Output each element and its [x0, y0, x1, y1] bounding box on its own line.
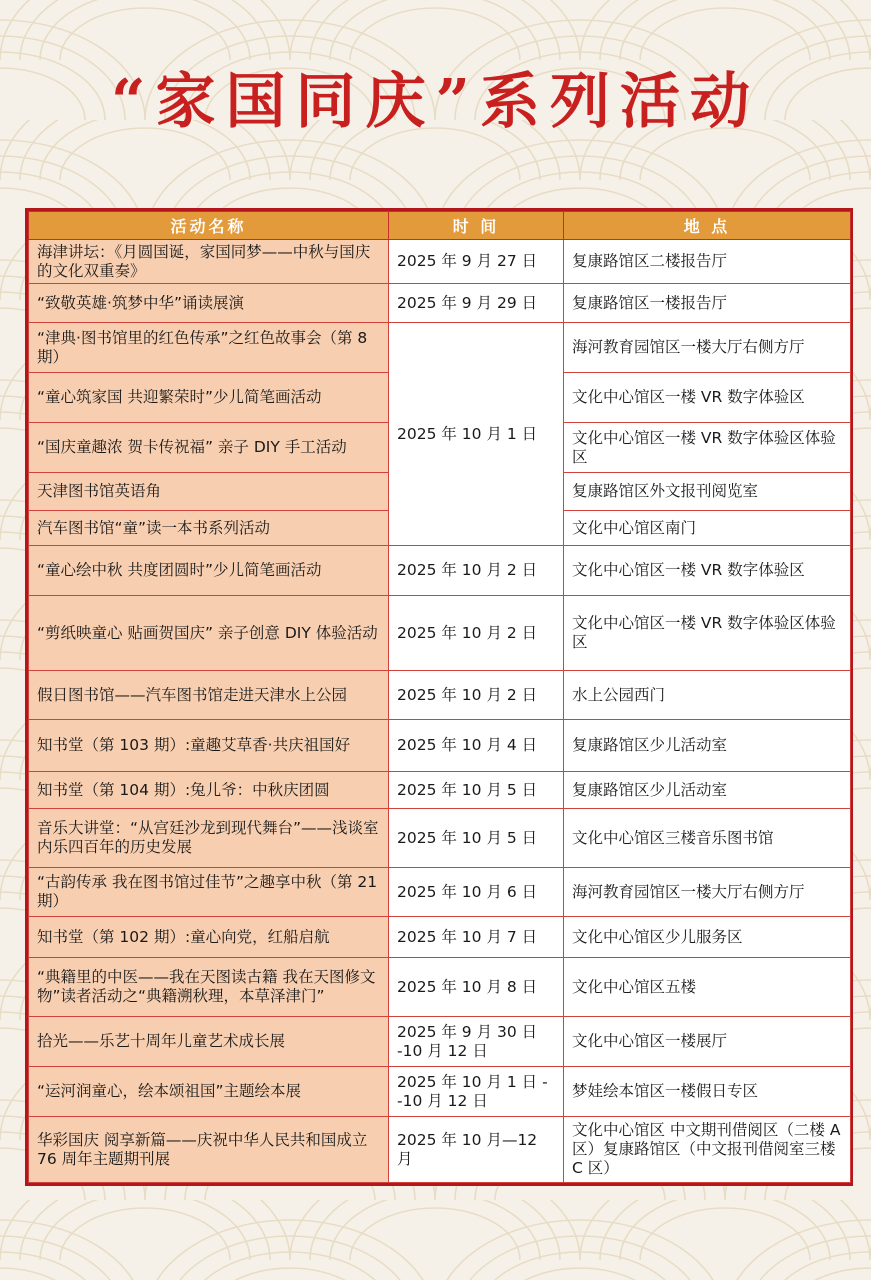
activity-name-cell: “致敬英雄·筑梦中华”诵读展演 [29, 284, 389, 323]
activity-name-cell: “运河润童心，绘本颂祖国”主题绘本展 [29, 1067, 389, 1117]
table-row: “运河润童心，绘本颂祖国”主题绘本展2025 年 10 月 1 日 --10 月… [29, 1067, 851, 1117]
activity-time-cell: 2025 年 10 月 6 日 [389, 868, 564, 917]
activity-location-cell: 文化中心馆区一楼 VR 数字体验区体验区 [564, 596, 851, 671]
activity-name-cell: 假日图书馆——汽车图书馆走进天津水上公园 [29, 671, 389, 720]
activity-name-cell: “童心绘中秋 共度团圆时”少儿简笔画活动 [29, 546, 389, 596]
activity-location-cell: 复康路馆区二楼报告厅 [564, 240, 851, 284]
header-location: 地 点 [564, 212, 851, 240]
activity-name-cell: “剪纸映童心 贴画贺国庆” 亲子创意 DIY 体验活动 [29, 596, 389, 671]
activity-name-cell: 音乐大讲堂：“从宫廷沙龙到现代舞台”——浅谈室内乐四百年的历史发展 [29, 809, 389, 868]
activity-location-cell: 文化中心馆区一楼 VR 数字体验区 [564, 373, 851, 423]
activity-time-cell: 2025 年 10 月 5 日 [389, 772, 564, 809]
table-row: 知书堂（第 102 期）:童心向党，红船启航2025 年 10 月 7 日文化中… [29, 917, 851, 958]
activity-location-cell: 梦娃绘本馆区一楼假日专区 [564, 1067, 851, 1117]
activity-time-cell: 2025 年 10 月 2 日 [389, 671, 564, 720]
activity-name-cell: 汽车图书馆“童”读一本书系列活动 [29, 511, 389, 546]
table-row: 假日图书馆——汽车图书馆走进天津水上公园2025 年 10 月 2 日水上公园西… [29, 671, 851, 720]
activity-time-cell: 2025 年 9 月 27 日 [389, 240, 564, 284]
page-title: “家国同庆”系列活动 [0, 62, 871, 142]
table-row: “津典·图书馆里的红色传承”之红色故事会（第 8 期）2025 年 10 月 1… [29, 323, 851, 373]
activity-time-cell: 2025 年 10 月 5 日 [389, 809, 564, 868]
activity-name-cell: 知书堂（第 104 期）:兔儿爷：中秋庆团圆 [29, 772, 389, 809]
activity-name-cell: 海津讲坛：《月圆国诞，家国同梦——中秋与国庆的文化双重奏》 [29, 240, 389, 284]
activity-name-cell: “典籍里的中医——我在天图读古籍 我在天图修文物”读者活动之“典籍溯秋理，本草泽… [29, 958, 389, 1017]
activity-name-cell: 知书堂（第 103 期）:童趣艾草香·共庆祖国好 [29, 720, 389, 772]
header-activity-name: 活动名称 [29, 212, 389, 240]
activity-location-cell: 水上公园西门 [564, 671, 851, 720]
activity-name-cell: “津典·图书馆里的红色传承”之红色故事会（第 8 期） [29, 323, 389, 373]
activity-time-cell: 2025 年 10 月—12 月 [389, 1117, 564, 1183]
table-row: 知书堂（第 104 期）:兔儿爷：中秋庆团圆2025 年 10 月 5 日复康路… [29, 772, 851, 809]
table-row: “童心绘中秋 共度团圆时”少儿简笔画活动2025 年 10 月 2 日文化中心馆… [29, 546, 851, 596]
activity-time-cell: 2025 年 10 月 8 日 [389, 958, 564, 1017]
activity-location-cell: 文化中心馆区五楼 [564, 958, 851, 1017]
activity-time-cell: 2025 年 10 月 4 日 [389, 720, 564, 772]
table-row: 拾光——乐艺十周年儿童艺术成长展2025 年 9 月 30 日 -10 月 12… [29, 1017, 851, 1067]
table-row: 华彩国庆 阅享新篇——庆祝中华人民共和国成立 76 周年主题期刊展2025 年 … [29, 1117, 851, 1183]
activity-name-cell: “古韵传承 我在图书馆过佳节”之趣享中秋（第 21 期） [29, 868, 389, 917]
activity-time-cell: 2025 年 9 月 30 日 -10 月 12 日 [389, 1017, 564, 1067]
activity-location-cell: 文化中心馆区一楼展厅 [564, 1017, 851, 1067]
activity-location-cell: 文化中心馆区一楼 VR 数字体验区体验区 [564, 423, 851, 473]
activity-location-cell: 文化中心馆区南门 [564, 511, 851, 546]
activity-name-cell: 拾光——乐艺十周年儿童艺术成长展 [29, 1017, 389, 1067]
activity-time-cell: 2025 年 9 月 29 日 [389, 284, 564, 323]
activity-location-cell: 复康路馆区少儿活动室 [564, 772, 851, 809]
table-row: 音乐大讲堂：“从宫廷沙龙到现代舞台”——浅谈室内乐四百年的历史发展2025 年 … [29, 809, 851, 868]
table-row: “典籍里的中医——我在天图读古籍 我在天图修文物”读者活动之“典籍溯秋理，本草泽… [29, 958, 851, 1017]
activity-location-cell: 海河教育园馆区一楼大厅右侧方厅 [564, 323, 851, 373]
activity-location-cell: 文化中心馆区一楼 VR 数字体验区 [564, 546, 851, 596]
activity-time-cell: 2025 年 10 月 7 日 [389, 917, 564, 958]
activity-name-cell: 知书堂（第 102 期）:童心向党，红船启航 [29, 917, 389, 958]
activity-location-cell: 文化中心馆区三楼音乐图书馆 [564, 809, 851, 868]
activity-time-cell: 2025 年 10 月 2 日 [389, 546, 564, 596]
activity-location-cell: 文化中心馆区少儿服务区 [564, 917, 851, 958]
table-row: 知书堂（第 103 期）:童趣艾草香·共庆祖国好2025 年 10 月 4 日复… [29, 720, 851, 772]
activity-name-cell: “童心筑家国 共迎繁荣时”少儿简笔画活动 [29, 373, 389, 423]
activity-name-cell: 天津图书馆英语角 [29, 473, 389, 511]
table-row: 海津讲坛：《月圆国诞，家国同梦——中秋与国庆的文化双重奏》2025 年 9 月 … [29, 240, 851, 284]
table-header-row: 活动名称 时 间 地 点 [29, 212, 851, 240]
table-row: “剪纸映童心 贴画贺国庆” 亲子创意 DIY 体验活动2025 年 10 月 2… [29, 596, 851, 671]
activity-name-cell: “国庆童趣浓 贺卡传祝福” 亲子 DIY 手工活动 [29, 423, 389, 473]
activity-time-cell: 2025 年 10 月 1 日 --10 月 12 日 [389, 1067, 564, 1117]
activity-location-cell: 海河教育园馆区一楼大厅右侧方厅 [564, 868, 851, 917]
table-row: “古韵传承 我在图书馆过佳节”之趣享中秋（第 21 期）2025 年 10 月 … [29, 868, 851, 917]
table-row: “致敬英雄·筑梦中华”诵读展演2025 年 9 月 29 日复康路馆区一楼报告厅 [29, 284, 851, 323]
activity-name-cell: 华彩国庆 阅享新篇——庆祝中华人民共和国成立 76 周年主题期刊展 [29, 1117, 389, 1183]
activity-table: 活动名称 时 间 地 点 海津讲坛：《月圆国诞，家国同梦——中秋与国庆的文化双重… [25, 208, 853, 1186]
activity-time-cell: 2025 年 10 月 1 日 [389, 323, 564, 546]
activity-time-cell: 2025 年 10 月 2 日 [389, 596, 564, 671]
activity-location-cell: 文化中心馆区 中文期刊借阅区（二楼 A 区）复康路馆区（中文报刊借阅室三楼 C … [564, 1117, 851, 1183]
activity-location-cell: 复康路馆区外文报刊阅览室 [564, 473, 851, 511]
header-time: 时 间 [389, 212, 564, 240]
activity-location-cell: 复康路馆区一楼报告厅 [564, 284, 851, 323]
activity-location-cell: 复康路馆区少儿活动室 [564, 720, 851, 772]
